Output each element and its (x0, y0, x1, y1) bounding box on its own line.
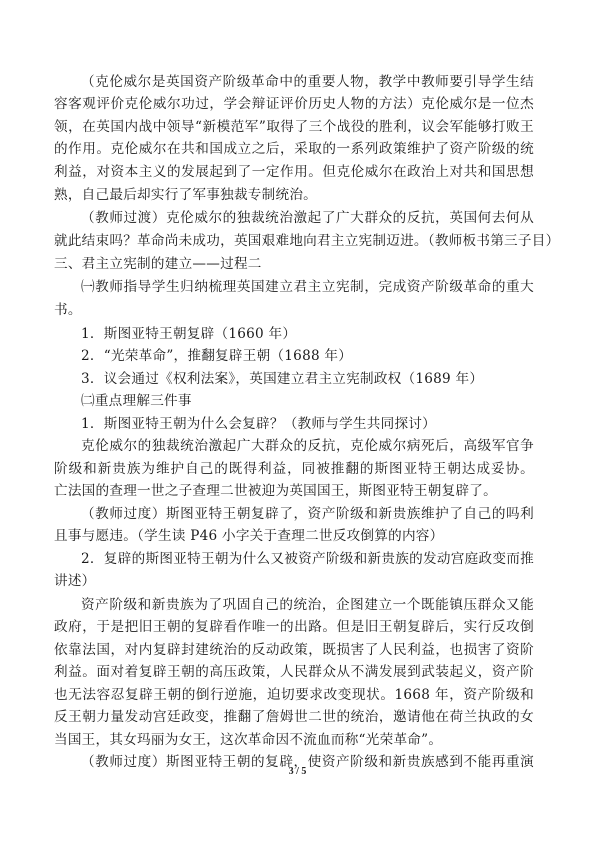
section-heading: 三、君主立宪制的建立——过程二 (54, 256, 534, 272)
text-line: 1．斯图亚特王朝为什么会复辟？（教师与学生共同探讨） (81, 416, 534, 432)
text-line: 阶级和新贵族为维护自己的既得利益，同被推翻的斯图亚特王朝达成妥协。1660 年 … (54, 461, 534, 477)
text-line: 就此结束吗？革命尚未成功，英国艰难地向君主立宪制迈进。（教师板书第三子目） (54, 233, 534, 249)
text-line: 反王朝力量发动宫廷政变，推翻了詹姆世二世的统治，邀请他在荷兰执政的女婿威廉到英国 (54, 709, 534, 725)
text-line: （教师过度）斯图亚特王朝复辟了，资产阶级和新贵族维护了自己的吗利益？没有，而 (81, 506, 534, 522)
text-line: 利益。面对着复辟王朝的高压政策，人民群众从不满发展到武装起义，资产阶级和新贵族， (54, 664, 534, 680)
text-line: （教师过渡）克伦威尔的独裁统治激起了广大群众的反抗，英国何去何从呢？英国革命 (81, 210, 534, 226)
text-line: 熟，自己最后却实行了军事独裁专制统治。 (54, 187, 534, 203)
text-line: 克伦威尔的独裁统治激起广大群众的反抗，克伦威尔病死后，高级军官争权夺利，资产 (81, 438, 534, 454)
document-page: （克伦威尔是英国资产阶级革命中的重要人物，教学中教师要引导学生结合课文相关内容客… (0, 0, 595, 841)
text-line: ㈡重点理解三件事 (81, 393, 534, 409)
text-line: 资产阶级和新贵族为了巩固自己的统治，企图建立一个既能镇压群众又能听命于议会的 (81, 597, 534, 613)
text-line: （克伦威尔是英国资产阶级革命中的重要人物，教学中教师要引导学生结合课文相关内 (81, 74, 534, 90)
text-line: 容客观评价克伦威尔功过，学会辩证评价历史人物的方法）克伦威尔是一位杰出的军事将 (54, 96, 534, 112)
text-line: 也无法容忍复辟王朝的倒行逆施，迫切要求改变现状。1668 年，资产阶级和新贵族联… (54, 687, 534, 703)
text-line: 利益，对资本主义的发展起到了一定作用。但克伦威尔在政治上对共和国思想理解不够成 (54, 164, 534, 180)
page-number: 3 / 5 (0, 766, 595, 777)
text-line: 且事与愿违。（学生读 P46 小字关于查理二世反攻倒算的内容） (54, 528, 534, 544)
text-line: 依靠法国，对内复辟封建统治的反动政策，既损害了人民利益，也损害了资阶级和新贵族的 (54, 642, 534, 658)
text-line: ㈠教师指导学生归纳梳理英国建立君主立宪制，完成资产阶级革命的重大事件，并板 (81, 279, 534, 295)
text-line: 的作用。克伦威尔在共和国成立之后，采取的一系列政策维护了资产阶级的统治和新贵族的 (54, 141, 534, 157)
text-line: 当国王，其女玛丽为女王，这次革命因不流血而称“光荣革命”。 (54, 732, 534, 748)
text-line: 领，在英国内战中领导“新模范军”取得了三个战役的胜利，议会军能够打败王军起了巨大 (54, 119, 534, 135)
text-line: 书。 (54, 302, 534, 318)
text-line: 讲述） (54, 573, 534, 589)
text-line: 2．“光荣革命”，推翻复辟王朝（1688 年） (81, 348, 534, 364)
text-line: 亡法国的查理一世之子查理二世被迎为英国国王，斯图亚特王朝复辟了。 (54, 483, 534, 499)
text-line: 1．斯图亚特王朝复辟（1660 年） (81, 326, 534, 342)
text-line: 政府，于是把旧王朝的复辟看作唯一的出路。但是旧王朝复辟后，实行反攻倒算，推行对外 (54, 619, 534, 635)
text-line: 2．复辟的斯图亚特王朝为什么又被资产阶级和新贵族的发动宫庭政变而推翻呢？（教师 (81, 551, 534, 567)
text-line: 3．议会通过《权利法案》，英国建立君主立宪制政权（1689 年） (81, 371, 534, 387)
